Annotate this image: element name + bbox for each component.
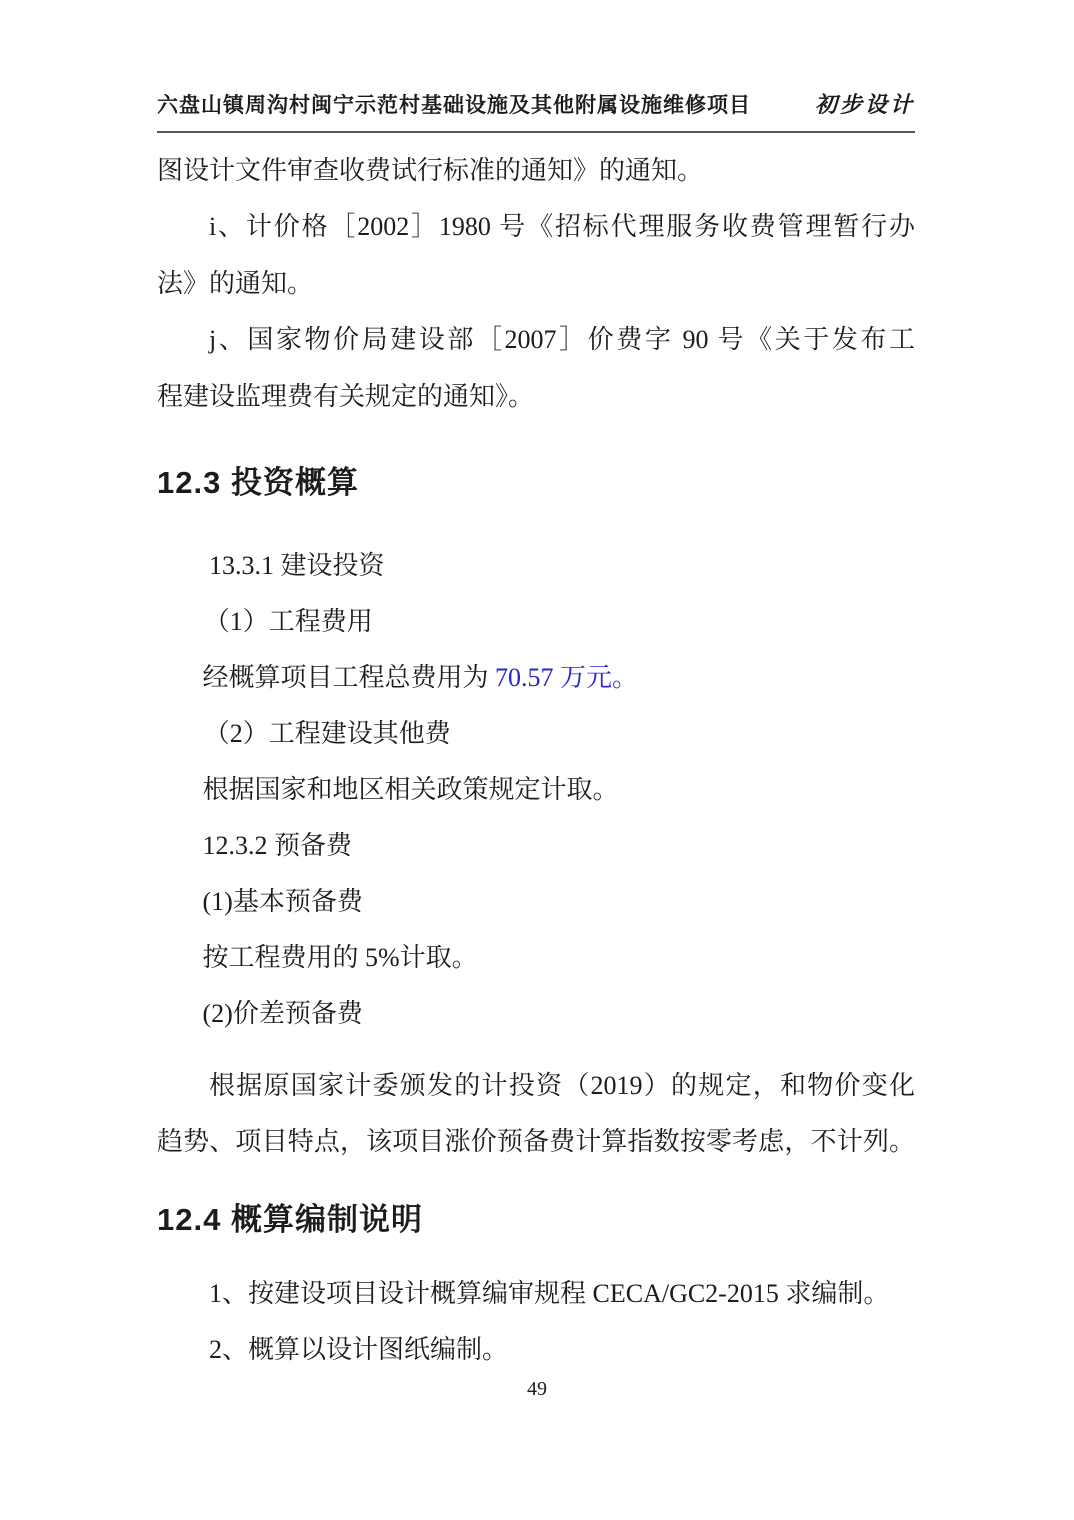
body-line: 程建设监理费有关规定的通知》。: [157, 368, 915, 425]
highlighted-value: 70.57 万元。: [495, 663, 638, 692]
body-line: 12.3.2 预备费: [157, 818, 915, 874]
body-line: 1、按建设项目设计概算编审规程 CECA/GC2-2015 求编制。: [157, 1266, 915, 1322]
body-line: j、国家物价局建设部［2007］价费字 90 号《关于发布工: [157, 312, 915, 368]
body-line: 法》的通知。: [157, 255, 915, 312]
header-project-title: 六盘山镇周沟村闽宁示范村基础设施及其他附属设施维修项目: [157, 89, 751, 119]
header-doc-stage: 初步设计: [815, 88, 915, 119]
body-line: 图设计文件审查收费试行标准的通知》的通知。: [157, 142, 915, 199]
body-line: 13.3.1 建设投资: [157, 538, 915, 594]
section-heading-12-4: 12.4 概算编制说明: [157, 1190, 915, 1250]
document-body: 图设计文件审查收费试行标准的通知》的通知。i、计价格［2002］1980 号《招…: [157, 133, 915, 1378]
page-number: 49: [0, 1378, 1074, 1401]
body-line: （2）工程建设其他费: [157, 706, 915, 762]
body-line: 趋势、项目特点，该项目涨价预备费计算指数按零考虑，不计列。: [157, 1114, 915, 1170]
body-line: (2)价差预备费: [157, 986, 915, 1042]
body-line: 根据原国家计委颁发的计投资（2019）的规定，和物价变化: [157, 1058, 915, 1114]
total-cost-line: 经概算项目工程总费用为 70.57 万元。: [157, 650, 915, 706]
page-header: 六盘山镇周沟村闽宁示范村基础设施及其他附属设施维修项目 初步设计: [157, 0, 915, 133]
body-line: i、计价格［2002］1980 号《招标代理服务收费管理暂行办: [157, 199, 915, 255]
body-text: 经概算项目工程总费用为: [203, 663, 496, 692]
body-line: 根据国家和地区相关政策规定计取。: [157, 762, 915, 818]
body-line: （1）工程费用: [157, 594, 915, 650]
body-line: (1)基本预备费: [157, 874, 915, 930]
body-line: 2、概算以设计图纸编制。: [157, 1322, 915, 1378]
section-heading-12-3: 12.3 投资概算: [157, 453, 915, 513]
body-line: 按工程费用的 5%计取。: [157, 930, 915, 986]
document-page: 六盘山镇周沟村闽宁示范村基础设施及其他附属设施维修项目 初步设计 图设计文件审查…: [0, 0, 1074, 1520]
